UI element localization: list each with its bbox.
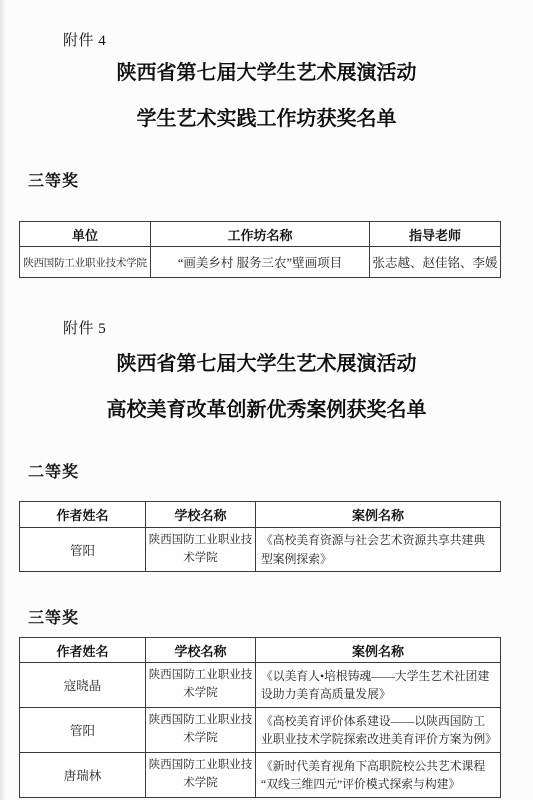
column-header-author-name: 作者姓名 xyxy=(20,502,146,528)
table-header-row: 作者姓名 学校名称 案例名称 xyxy=(20,638,501,663)
table-cell: 陕西国防工业职业技术学院 xyxy=(146,663,256,708)
column-header-school-name: 学校名称 xyxy=(146,638,256,663)
table-cell: 寇晓晶 xyxy=(20,663,146,708)
attachment5-label: 附件 5 xyxy=(63,317,106,338)
table-body: 管阳陕西国防工业职业技术学院《高校美育资源与社会艺术资源共享共建典型案例探索》 xyxy=(20,528,501,572)
attachment4-award-label: 三等奖 xyxy=(28,168,79,191)
attachment5-title-line2: 高校美育改革创新优秀案例获奖名单 xyxy=(0,397,533,423)
table-cell: 张志越、赵佳铭、李媛 xyxy=(370,247,501,278)
attachment4-title-line2: 学生艺术实践工作坊获奖名单 xyxy=(0,106,533,132)
attachment4-label: 附件 4 xyxy=(63,29,106,50)
table-cell: 《以美育人•培根铸魂——大学生艺术社团建设助力美育高质量发展》 xyxy=(256,663,501,708)
table-body: 寇晓晶陕西国防工业职业技术学院《以美育人•培根铸魂——大学生艺术社团建设助力美育… xyxy=(20,663,501,798)
table-body: 陕西国防工业职业技术学院“画美乡村 服务三农”壁画项目张志越、赵佳铭、李媛 xyxy=(20,247,501,278)
column-header-case-name: 案例名称 xyxy=(256,638,501,663)
table-cell: 《新时代美育视角下高职院校公共艺术课程“双线三维四元”评价模式探索与构建》 xyxy=(256,753,501,798)
attachment4-title-line1: 陕西省第七届大学生艺术展演活动 xyxy=(0,60,533,86)
table-cell: 陕西国防工业职业技术学院 xyxy=(146,528,256,572)
table-cell: 管阳 xyxy=(20,528,146,572)
table-cell: 《高校美育评价体系建设——以陕西国防工业职业技术学院探索改进美育评价方案为例》 xyxy=(256,708,501,753)
table-row: 唐瑞林陕西国防工业职业技术学院《新时代美育视角下高职院校公共艺术课程“双线三维四… xyxy=(20,753,501,798)
table-row: 管阳陕西国防工业职业技术学院《高校美育评价体系建设——以陕西国防工业职业技术学院… xyxy=(20,708,501,753)
table-row: 陕西国防工业职业技术学院“画美乡村 服务三农”壁画项目张志越、赵佳铭、李媛 xyxy=(20,247,501,278)
table-header-row: 单位 工作坊名称 指导老师 xyxy=(20,222,501,247)
column-header-author-name: 作者姓名 xyxy=(20,638,146,663)
table-cell: 唐瑞林 xyxy=(20,753,146,798)
attachment5-third-prize-label: 三等奖 xyxy=(28,605,79,628)
column-header-case-name: 案例名称 xyxy=(256,502,501,528)
table-cell: 陕西国防工业职业技术学院 xyxy=(146,708,256,753)
table-cell: 陕西国防工业职业技术学院 xyxy=(20,247,151,278)
third-prize-case-table: 作者姓名 学校名称 案例名称 寇晓晶陕西国防工业职业技术学院《以美育人•培根铸魂… xyxy=(19,637,501,798)
attachment5-second-prize-label: 二等奖 xyxy=(28,459,79,482)
document-page: { "colors": { "background": "#fcfcfc", "… xyxy=(0,0,533,800)
table-header-row: 作者姓名 学校名称 案例名称 xyxy=(20,502,501,528)
second-prize-case-table: 作者姓名 学校名称 案例名称 管阳陕西国防工业职业技术学院《高校美育资源与社会艺… xyxy=(19,501,501,572)
column-header-workshop-name: 工作坊名称 xyxy=(151,222,370,247)
column-header-unit: 单位 xyxy=(20,222,151,247)
table-cell: 陕西国防工业职业技术学院 xyxy=(146,753,256,798)
column-header-school-name: 学校名称 xyxy=(146,502,256,528)
workshop-award-table: 单位 工作坊名称 指导老师 陕西国防工业职业技术学院“画美乡村 服务三农”壁画项… xyxy=(19,221,501,278)
attachment5-title-line1: 陕西省第七届大学生艺术展演活动 xyxy=(0,351,533,377)
table-row: 管阳陕西国防工业职业技术学院《高校美育资源与社会艺术资源共享共建典型案例探索》 xyxy=(20,528,501,572)
table-row: 寇晓晶陕西国防工业职业技术学院《以美育人•培根铸魂——大学生艺术社团建设助力美育… xyxy=(20,663,501,708)
table-cell: 《高校美育资源与社会艺术资源共享共建典型案例探索》 xyxy=(256,528,501,572)
table-cell: “画美乡村 服务三农”壁画项目 xyxy=(151,247,370,278)
column-header-advisor: 指导老师 xyxy=(370,222,501,247)
table-cell: 管阳 xyxy=(20,708,146,753)
